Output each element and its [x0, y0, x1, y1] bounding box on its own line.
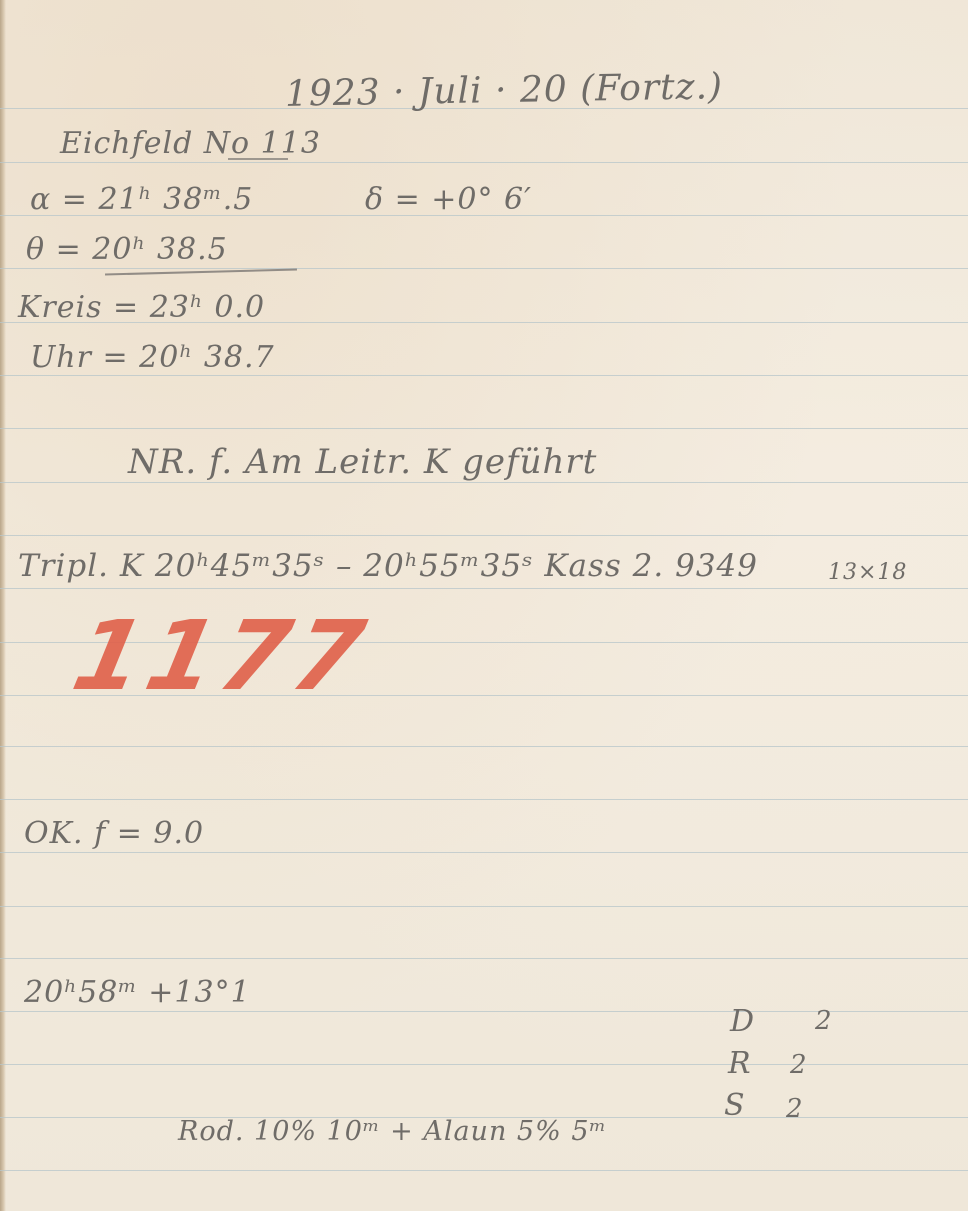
right-ascension: α = 21ʰ 38ᵐ.5	[30, 182, 253, 217]
declination: δ = +0° 6′	[365, 182, 532, 217]
ruled-line	[0, 428, 968, 429]
page-spine-edge	[0, 0, 6, 1211]
entry-date: 1923 · Juli · 20 (Fortz.)	[285, 66, 724, 115]
guiding-note: NR. f. Am Leitr. K geführt	[128, 442, 597, 482]
rating-label-s: S	[724, 1088, 746, 1123]
kreis-value: Kreis = 23ʰ 0.0	[18, 290, 265, 325]
plate-size: 13×18	[828, 560, 907, 585]
developer-note: Rod. 10% 10ᵐ + Alaun 5% 5ᵐ	[178, 1116, 607, 1147]
time-temperature: 20ʰ58ᵐ +13°1	[24, 975, 251, 1010]
ruled-line	[0, 268, 968, 269]
ruled-line	[0, 906, 968, 907]
rating-value-d: 2	[815, 1006, 833, 1036]
ruled-line	[0, 588, 968, 589]
field-name: Eichfeld No 113	[60, 126, 321, 161]
notebook-page: 1923 · Juli · 20 (Fortz.) Eichfeld No 11…	[0, 0, 968, 1211]
ruled-line	[0, 958, 968, 959]
ruled-line	[0, 1170, 968, 1171]
uhr-value: Uhr = 20ʰ 38.7	[30, 340, 275, 375]
ruled-line	[0, 375, 968, 376]
rating-value-s: 2	[786, 1094, 804, 1124]
ruled-line	[0, 799, 968, 800]
ruled-line	[0, 746, 968, 747]
ruled-line	[0, 162, 968, 163]
ruled-line	[0, 482, 968, 483]
theta-value: θ = 20ʰ 38.5	[26, 232, 228, 267]
ruled-line	[0, 1064, 968, 1065]
sum-line	[105, 268, 297, 275]
ruled-line	[0, 852, 968, 853]
exposure-line: Tripl. K 20ʰ45ᵐ35ˢ – 20ʰ55ᵐ35ˢ Kass 2. 9…	[18, 548, 758, 584]
rating-label-d: D	[730, 1004, 755, 1039]
no-underline	[228, 158, 288, 160]
ocular-focus: OK. f = 9.0	[24, 816, 204, 851]
rating-value-r: 2	[790, 1050, 808, 1080]
rating-label-r: R	[728, 1046, 752, 1081]
ruled-line	[0, 535, 968, 536]
plate-number-red: 1177	[64, 600, 379, 712]
